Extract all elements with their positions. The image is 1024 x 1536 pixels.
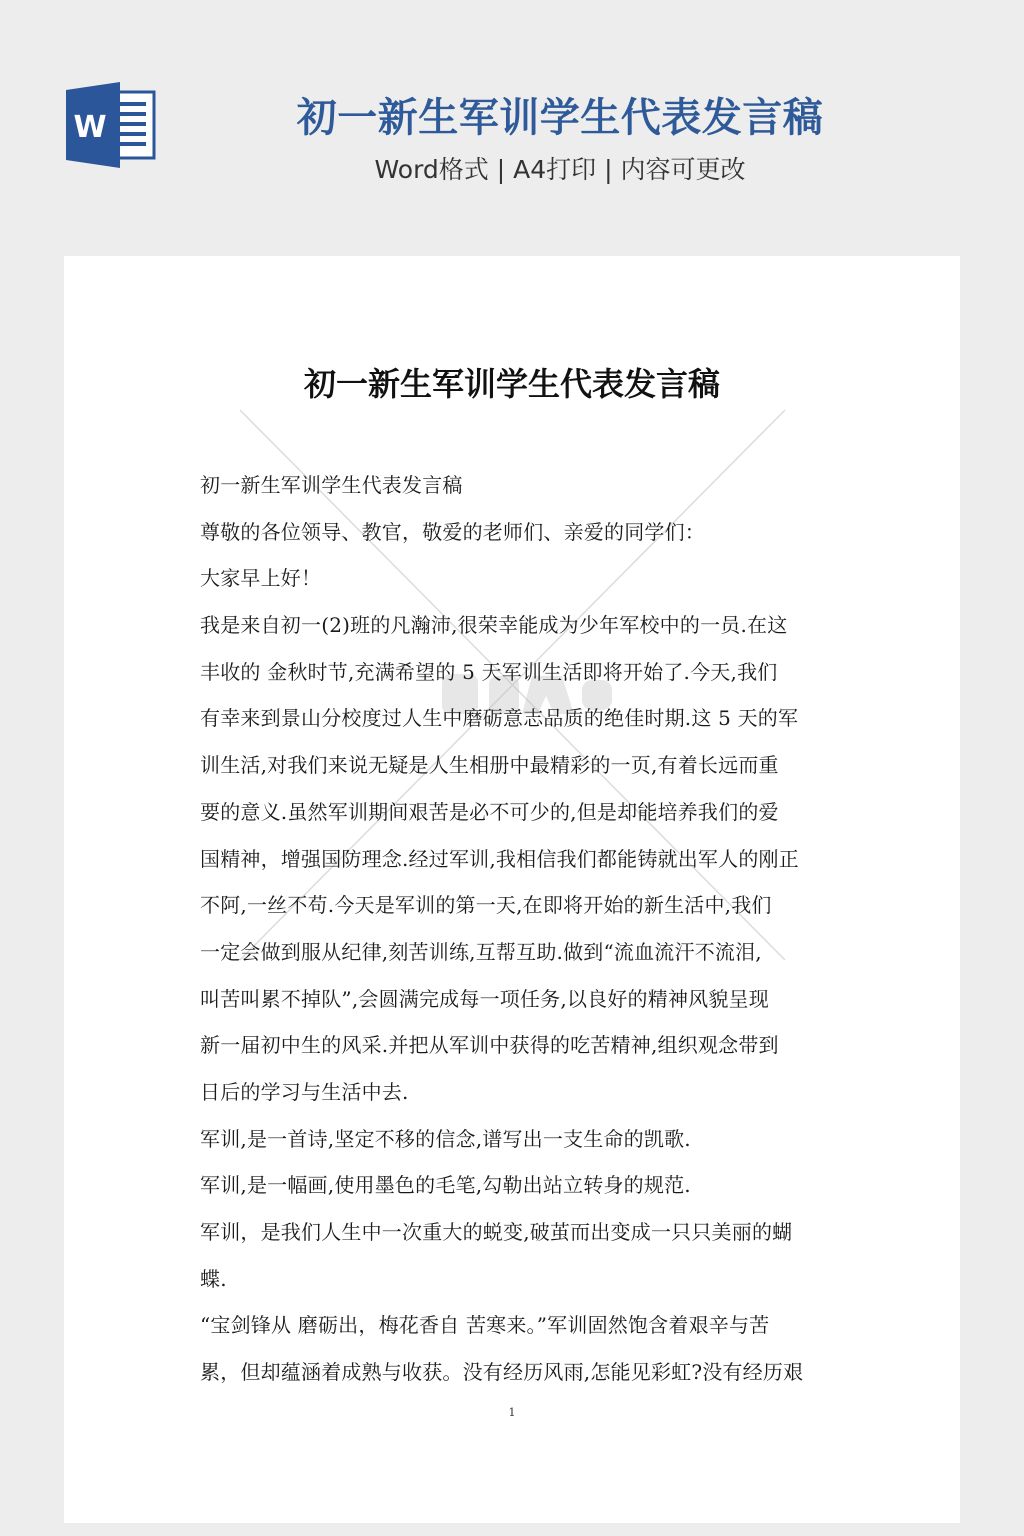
text-line: 大家早上好！ <box>200 555 830 602</box>
header-banner: W 初一新生军训学生代表发言稿 Word格式 | A4打印 | 内容可更改 <box>0 0 1024 256</box>
text-line: 训生活,对我们来说无疑是人生相册中最精彩的一页,有着长远而重 <box>200 742 830 789</box>
document-title: 初一新生军训学生代表发言稿 <box>64 362 960 406</box>
document-body: 初一新生军训学生代表发言稿 尊敬的各位领导、教官，敬爱的老师们、亲爱的同学们： … <box>200 462 830 1396</box>
text-line: 有幸来到景山分校度过人生中磨砺意志品质的绝佳时期.这 5 天的军 <box>200 695 830 742</box>
text-line: “宝剑锋从 磨砺出，梅花香自 苦寒来。”军训固然饱含着艰辛与苦 <box>200 1302 830 1349</box>
text-line: 蝶. <box>200 1256 830 1303</box>
text-line: 我是来自初一(2)班的凡瀚沛,很荣幸能成为少年军校中的一员.在这 <box>200 602 830 649</box>
text-line: 丰收的 金秋时节,充满希望的 5 天军训生活即将开始了.今天,我们 <box>200 649 830 696</box>
text-line: 叫苦叫累不掉队”,会圆满完成每一项任务,以良好的精神风貌呈现 <box>200 976 830 1023</box>
banner-subtitle: Word格式 | A4打印 | 内容可更改 <box>250 152 870 188</box>
text-line: 要的意义.虽然军训期间艰苦是必不可少的,但是却能培养我们的爱 <box>200 789 830 836</box>
text-line: 新一届初中生的风采.并把从军训中获得的吃苦精神,组织观念带到 <box>200 1022 830 1069</box>
text-line: 日后的学习与生活中去. <box>200 1069 830 1116</box>
text-line: 军训,是一幅画,使用墨色的毛笔,勾勒出站立转身的规范. <box>200 1162 830 1209</box>
text-line: 累，但却蕴涵着成熟与收获。没有经历风雨,怎能见彩虹?没有经历艰 <box>200 1349 830 1396</box>
text-line: 一定会做到服从纪律,刻苦训练,互帮互助.做到“流血流汗不流泪, <box>200 929 830 976</box>
document-page: 初一新生军训学生代表发言稿 初一新生军训学生代表发言稿 尊敬的各位领导、教官，敬… <box>64 256 960 1523</box>
text-line: 军训,是一首诗,坚定不移的信念,谱写出一支生命的凯歌. <box>200 1116 830 1163</box>
page-number: 1 <box>64 1406 960 1419</box>
text-line: 不阿,一丝不苟.今天是军训的第一天,在即将开始的新生活中,我们 <box>200 882 830 929</box>
banner-title: 初一新生军训学生代表发言稿 <box>250 92 870 144</box>
text-line: 国精神，增强国防理念.经过军训,我相信我们都能铸就出军人的刚正 <box>200 836 830 883</box>
text-line: 初一新生军训学生代表发言稿 <box>200 462 830 509</box>
text-line: 军训，是我们人生中一次重大的蜕变,破茧而出变成一只只美丽的蝴 <box>200 1209 830 1256</box>
text-line: 尊敬的各位领导、教官，敬爱的老师们、亲爱的同学们： <box>200 509 830 556</box>
svg-text:W: W <box>73 110 106 145</box>
word-document-icon: W <box>66 82 156 168</box>
